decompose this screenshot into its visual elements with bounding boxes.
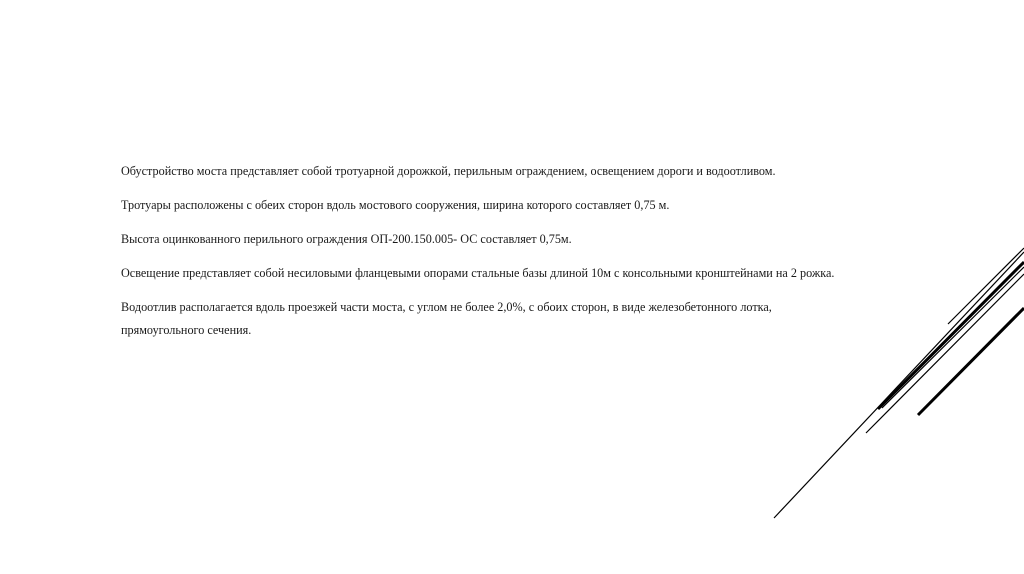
paragraph-bridge-equipment: Обустройство моста представляет собой тр… xyxy=(121,160,841,183)
thin-line-upper-parallel xyxy=(882,267,1024,408)
thick-line-upper xyxy=(878,262,1024,409)
slide: Обустройство моста представляет собой тр… xyxy=(0,0,1024,574)
paragraph-drainage: Водоотлив располагается вдоль проезжей ч… xyxy=(121,296,841,342)
thin-line-middle xyxy=(866,274,1024,433)
slide-body-text: Обустройство моста представляет собой тр… xyxy=(121,160,841,353)
thin-line-top xyxy=(948,248,1024,324)
paragraph-railing-height: Высота оцинкованного перильного огражден… xyxy=(121,228,841,251)
paragraph-sidewalks: Тротуары расположены с обеих сторон вдол… xyxy=(121,194,841,217)
thick-line-lower xyxy=(918,308,1024,415)
paragraph-lighting: Освещение представляет собой несиловыми … xyxy=(121,262,841,285)
